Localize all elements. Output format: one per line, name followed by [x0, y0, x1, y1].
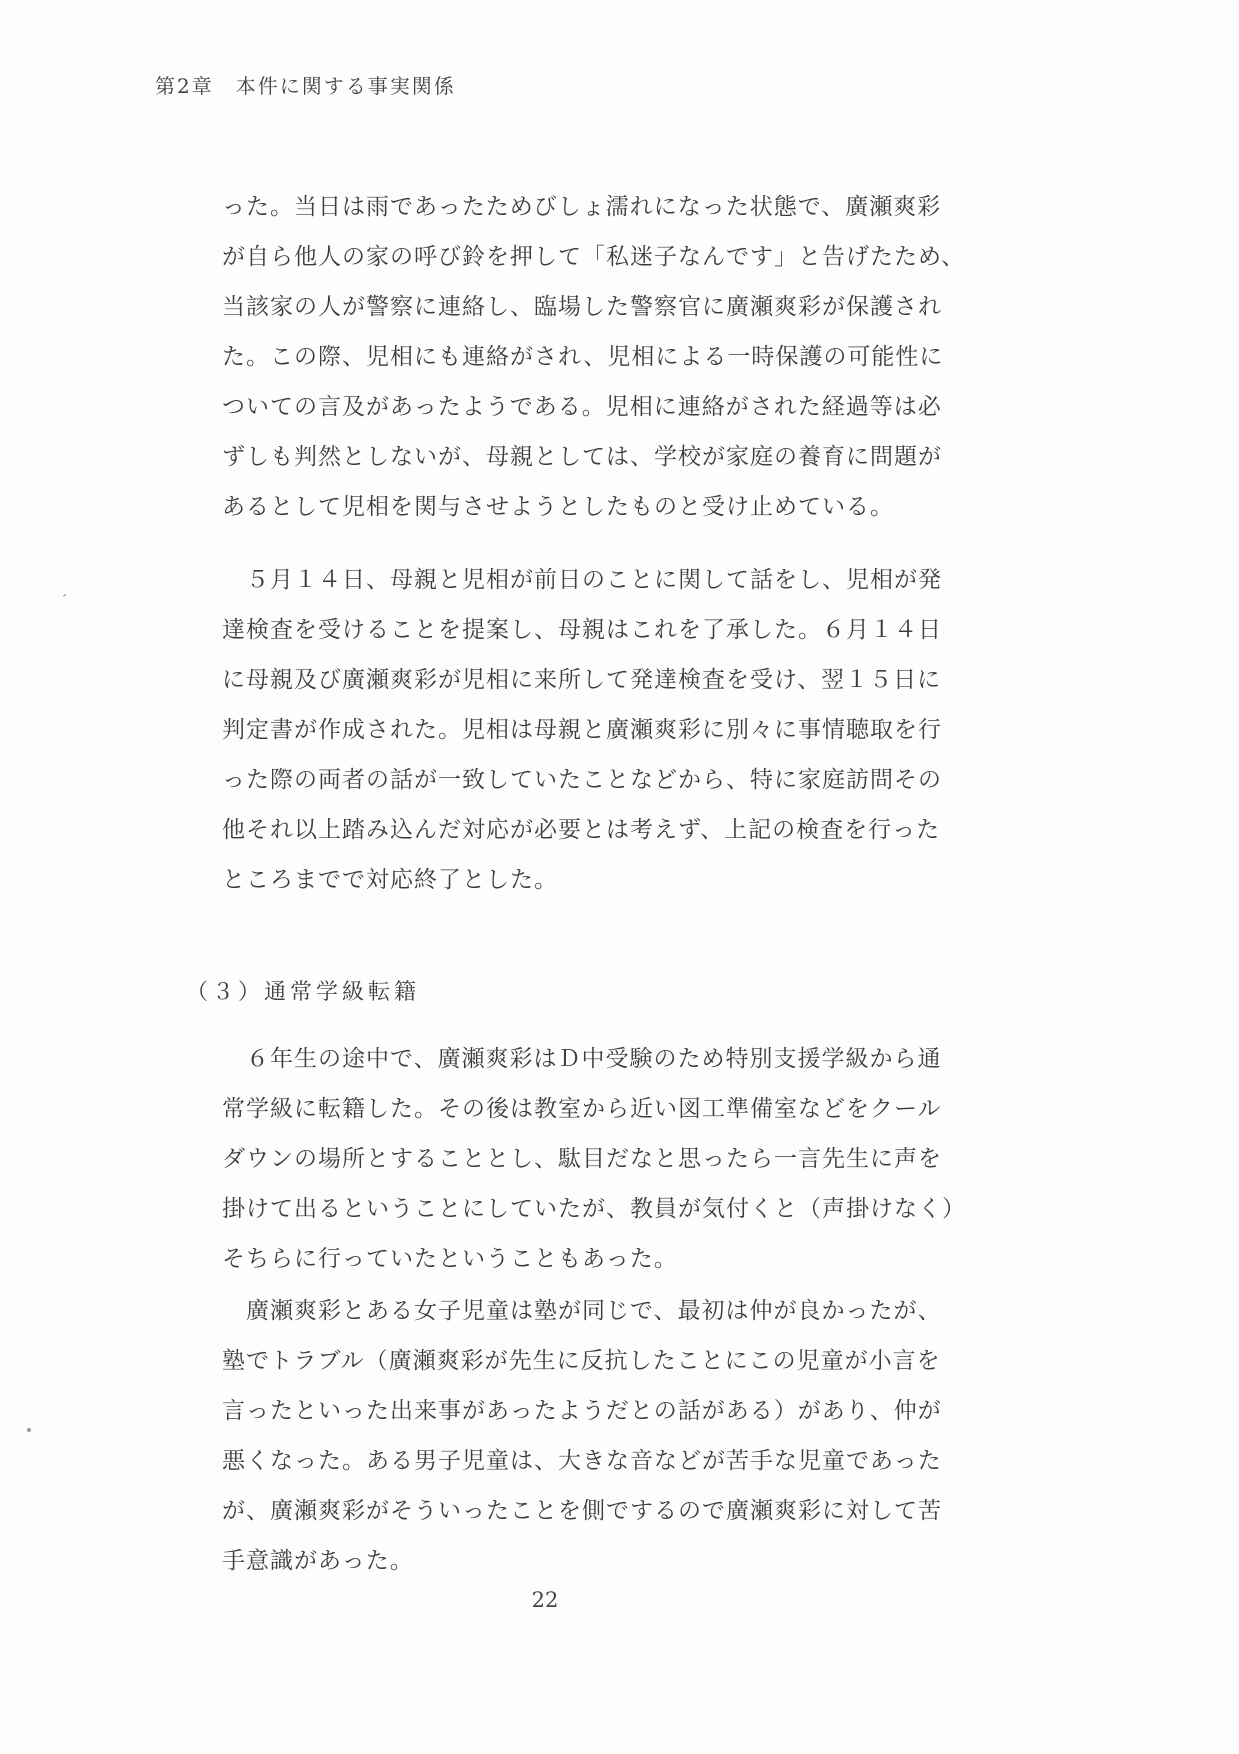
scanned-document-page: 第2章 本件に関する事実関係 った。当日は雨であったためびしょ濡れになった状態で… — [0, 0, 1239, 1754]
scan-speck-mark: ´ — [60, 592, 68, 610]
body-paragraph-jiso-meeting: ５月１４日、母親と児相が前日のことに関して話をし、児相が発 達検査を受けることを… — [222, 555, 942, 905]
page-number: 22 — [500, 1588, 590, 1612]
body-paragraph-continuation: った。当日は雨であったためびしょ濡れになった状態で、廣瀬爽彩 が自ら他人の家の呼… — [222, 182, 965, 532]
body-paragraph-classmates: 廣瀬爽彩とある女子児童は塾が同じで、最初は仲が良かったが、 塾でトラブル（廣瀬爽… — [222, 1286, 942, 1586]
section-3-heading: （３）通常学級転籍 — [186, 968, 420, 1018]
body-paragraph-class-transfer: ６年生の途中で、廣瀬爽彩はＤ中受験のため特別支援学級から通 常学級に転籍した。そ… — [222, 1034, 966, 1284]
scan-speck-dot — [27, 1428, 31, 1432]
chapter-header: 第2章 本件に関する事実関係 — [155, 70, 456, 99]
